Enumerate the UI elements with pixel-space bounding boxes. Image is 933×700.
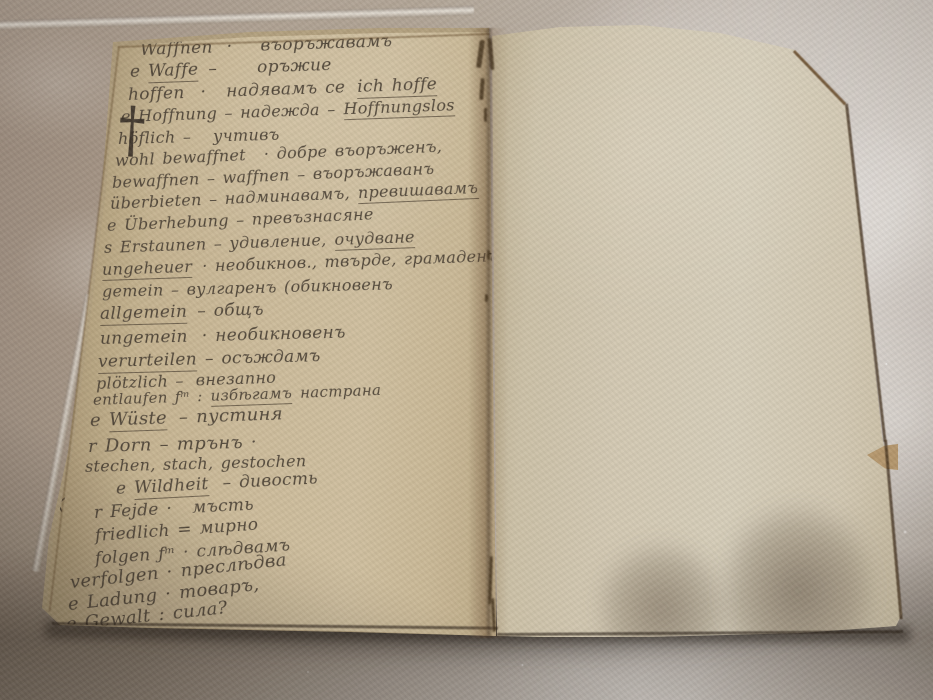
handwritten-line: verurteilen– осъждамъ — [98, 346, 321, 372]
spine-stitch — [479, 78, 485, 100]
tile-grout-line-top — [0, 5, 474, 30]
spine-fold — [468, 28, 508, 638]
spine-stitch — [476, 40, 485, 68]
spine-stitch — [491, 598, 496, 632]
handwritten-line: allgemein– общъ — [100, 300, 264, 324]
cross-mark: † — [117, 98, 147, 161]
handwritten-line: ungemein· необикновенъ — [100, 323, 346, 349]
spine-stitch — [487, 250, 490, 260]
spine-stitch — [485, 294, 488, 302]
spine-stitch — [488, 556, 493, 604]
spine-stitch — [484, 108, 487, 122]
photo-open-notebook: Waffnen·въоръжавамъe Waffe–оръжиеhoffen·… — [0, 0, 933, 700]
spine-stitch — [488, 38, 495, 70]
